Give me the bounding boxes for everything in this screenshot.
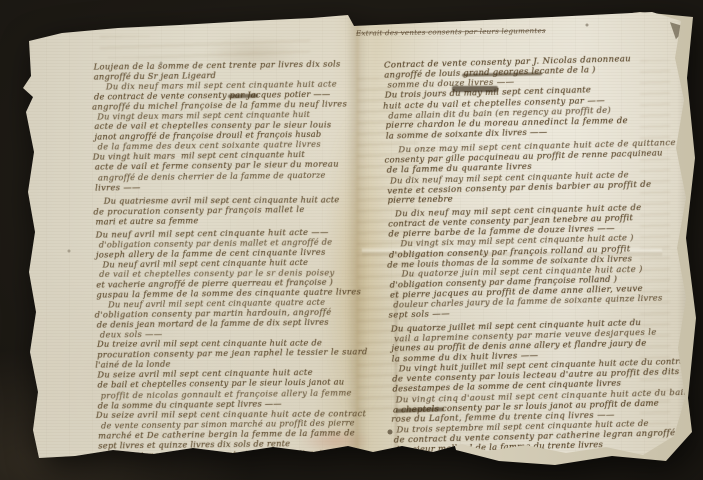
manuscript-line: Du treize avril mil sept cent cinquante … bbox=[97, 337, 353, 349]
right-page-text: Contract de vente consenty par J. Nicola… bbox=[384, 53, 670, 455]
scan-background: Extrait des ventes consents par leurs le… bbox=[0, 0, 703, 480]
dust-specks bbox=[0, 0, 2, 2]
manuscript-line: de vail et cheptelles consenty par le sr… bbox=[99, 267, 352, 279]
ink-blot bbox=[452, 86, 498, 92]
manuscript-line: acte de vail et cheptelles consenty par … bbox=[94, 120, 350, 132]
manuscript-line: Du premier may mil sept cent cinquante h… bbox=[101, 447, 354, 460]
ink-blot bbox=[228, 94, 258, 99]
paper-stack: Extrait des ventes consents par leurs le… bbox=[0, 0, 703, 480]
left-page-text: Loujean de la somme de cent trente par l… bbox=[94, 58, 355, 460]
manuscript-spread: Extrait des ventes consents par leurs le… bbox=[0, 0, 703, 480]
